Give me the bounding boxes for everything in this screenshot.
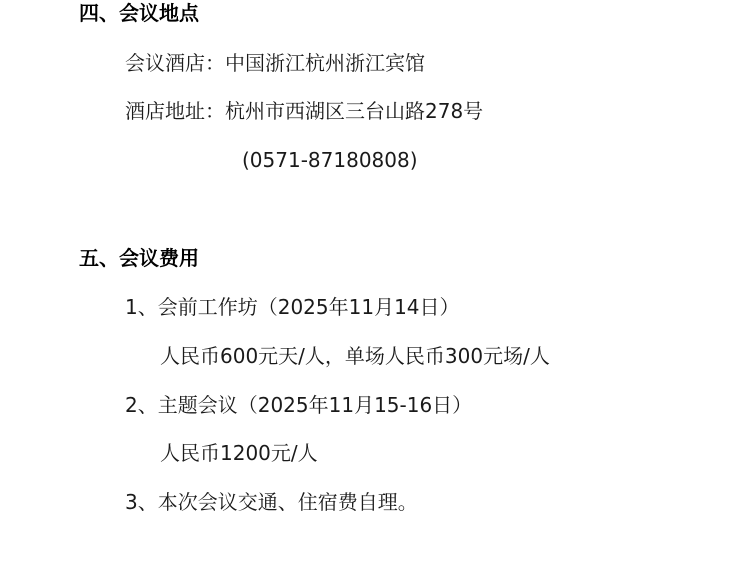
- hotel-phone: (0571-87180808): [242, 147, 418, 173]
- fee-item-main-conference: 2、主题会议（2025年11月15-16日）: [125, 392, 472, 418]
- address-row: 酒店地址：杭州市西湖区三台山路278号: [125, 98, 483, 124]
- hotel-value: 中国浙江杭州浙江宾馆: [225, 51, 425, 75]
- address-value: 杭州市西湖区三台山路278号: [225, 99, 483, 123]
- fee-item-self-pay-note: 3、本次会议交通、住宿费自理。: [125, 489, 418, 515]
- section-heading-venue: 四、会议地点: [79, 0, 199, 26]
- address-label: 酒店地址：: [125, 99, 225, 123]
- fee-item-main-conference-detail: 人民币1200元/人: [160, 440, 318, 466]
- section-heading-fees: 五、会议费用: [79, 245, 199, 271]
- fee-item-workshop-detail: 人民币600元天/人，单场人民币300元场/人: [160, 343, 550, 369]
- hotel-row: 会议酒店：中国浙江杭州浙江宾馆: [125, 50, 425, 76]
- fee-item-workshop: 1、会前工作坊（2025年11月14日）: [125, 294, 460, 320]
- hotel-label: 会议酒店：: [125, 51, 225, 75]
